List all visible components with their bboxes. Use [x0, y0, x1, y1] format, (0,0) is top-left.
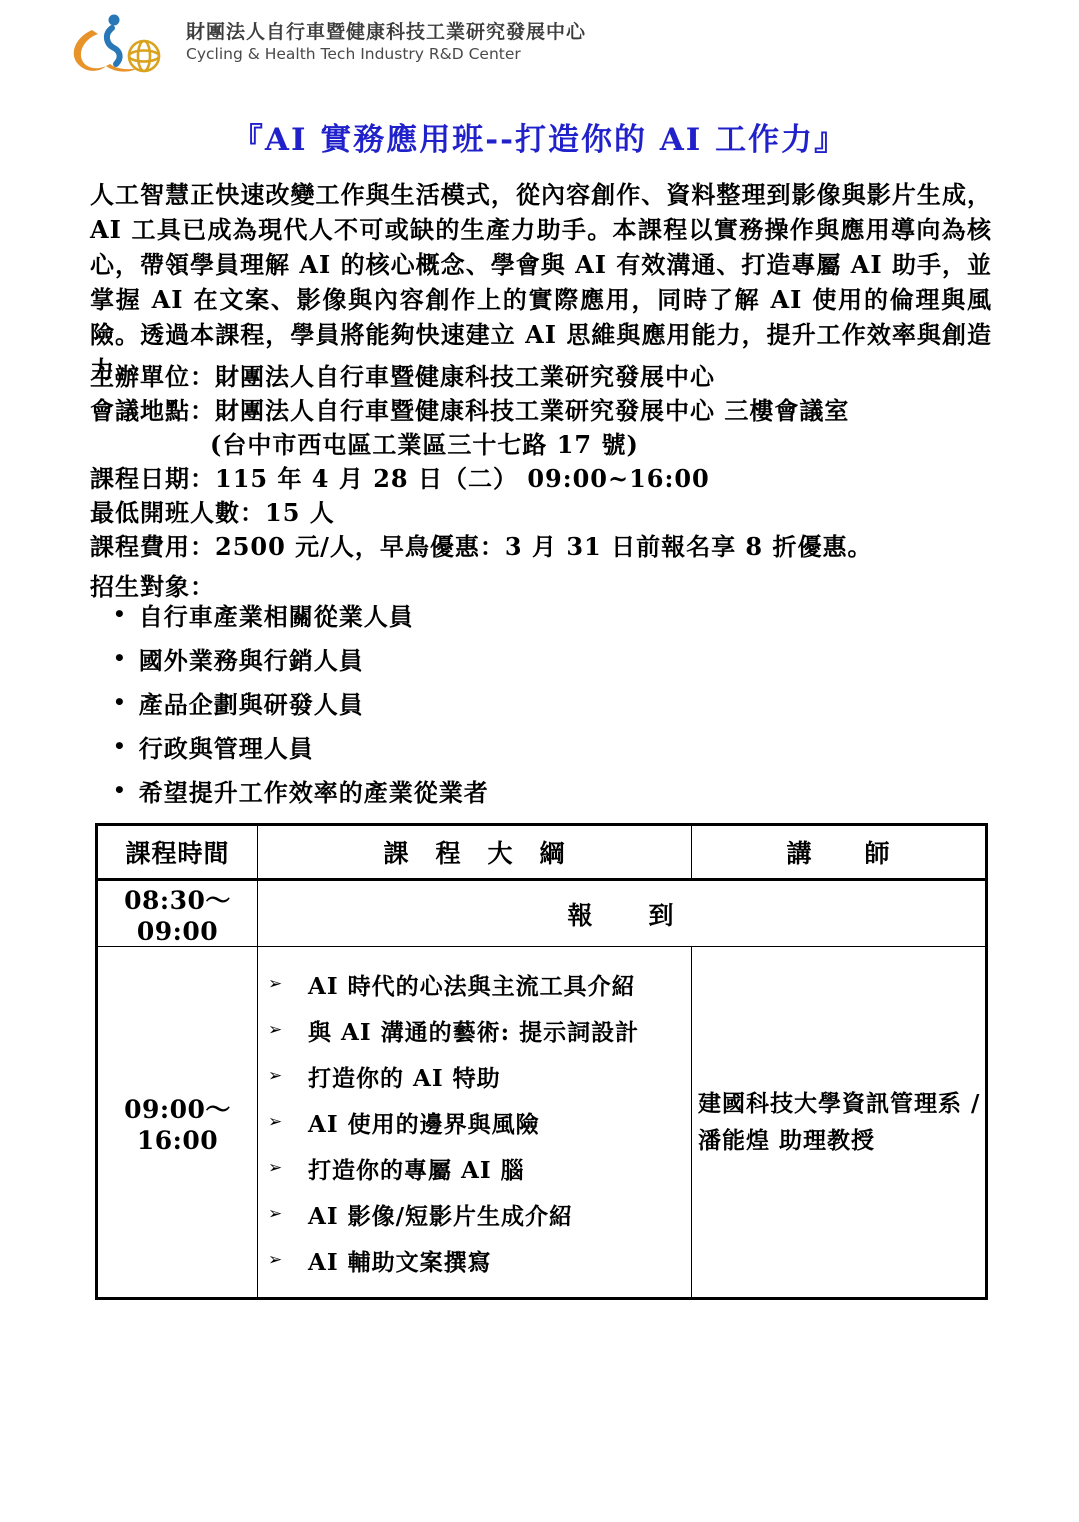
detail-venue-label: 會議地點： [90, 396, 215, 425]
list-item: •行政與管理人員 [113, 724, 489, 768]
topic-item: ➢AI 輔助文案撰寫 [268, 1237, 683, 1283]
detail-min-value: 15 人 [265, 498, 335, 527]
topic-item: ➢AI 時代的心法與主流工具介紹 [268, 961, 683, 1007]
org-names: 財團法人自行車暨健康科技工業研究發展中心 Cycling & Health Te… [186, 12, 586, 65]
column-header-instructor: 講 師 [692, 825, 987, 880]
list-item: •希望提升工作效率的產業從業者 [113, 768, 489, 812]
table-row: 09:00～16:00 ➢AI 時代的心法與主流工具介紹 ➢與 AI 溝通的藝術… [97, 947, 987, 1299]
topic-item: ➢與 AI 溝通的藝術: 提示詞設計 [268, 1007, 683, 1053]
detail-min-label: 最低開班人數： [90, 498, 265, 527]
course-time: 09:00～16:00 [97, 947, 258, 1299]
page-title: 『AI 實務應用班--打造你的 AI 工作力』 [0, 114, 1079, 159]
arrow-bullet-icon: ➢ [268, 1112, 308, 1132]
org-name-en: Cycling & Health Tech Industry R&D Cente… [186, 44, 586, 65]
dot-bullet-icon: • [113, 648, 127, 668]
detail-venue-address: (台中市西屯區工業區三十七路 17 號) [90, 428, 992, 462]
org-header: 財團法人自行車暨健康科技工業研究發展中心 Cycling & Health Te… [62, 12, 586, 76]
topic-text: AI 影像/短影片生成介紹 [308, 1198, 573, 1231]
topic-text: AI 輔助文案撰寫 [308, 1244, 492, 1277]
audience-item-text: 國外業務與行銷人員 [139, 641, 364, 676]
audience-item-text: 產品企劃與研發人員 [139, 685, 364, 720]
list-item: •產品企劃與研發人員 [113, 680, 489, 724]
detail-date: 課程日期：115 年 4 月 28 日（二） 09:00~16:00 [90, 462, 992, 496]
detail-venue: 會議地點：財團法人自行車暨健康科技工業研究發展中心 三樓會議室 [90, 394, 992, 428]
intro-paragraph: 人工智慧正快速改變工作與生活模式，從內容創作、資料整理到影像與影片生成，AI 工… [90, 177, 992, 387]
topic-item: ➢打造你的專屬 AI 腦 [268, 1145, 683, 1191]
column-header-time: 課程時間 [97, 825, 258, 880]
detail-date-value: 115 年 4 月 28 日（二） 09:00~16:00 [215, 464, 710, 493]
dot-bullet-icon: • [113, 604, 127, 624]
detail-fee-value: 2500 元/人，早鳥優惠：3 月 31 日前報名享 8 折優惠。 [215, 532, 873, 561]
list-item: •自行車產業相關從業人員 [113, 592, 489, 636]
arrow-bullet-icon: ➢ [268, 1066, 308, 1086]
cyclist-globe-logo-icon [62, 12, 174, 76]
detail-organizer-label: 主辦單位： [90, 362, 215, 391]
audience-item-text: 行政與管理人員 [139, 729, 314, 764]
detail-organizer-value: 財團法人自行車暨健康科技工業研究發展中心 [215, 362, 715, 391]
topic-text: 與 AI 溝通的藝術: 提示詞設計 [308, 1014, 639, 1047]
arrow-bullet-icon: ➢ [268, 1020, 308, 1040]
audience-item-text: 自行車產業相關從業人員 [139, 597, 414, 632]
org-name-zh: 財團法人自行車暨健康科技工業研究發展中心 [186, 20, 586, 44]
schedule-table: 課程時間 課 程 大 綱 講 師 08:30～09:00 報 到 09:00～1… [95, 823, 988, 1300]
topic-item: ➢AI 影像/短影片生成介紹 [268, 1191, 683, 1237]
column-header-outline: 課 程 大 綱 [258, 825, 692, 880]
topic-text: AI 時代的心法與主流工具介紹 [308, 968, 636, 1001]
arrow-bullet-icon: ➢ [268, 1250, 308, 1270]
checkin-label: 報 到 [258, 880, 987, 947]
detail-fee: 課程費用：2500 元/人，早鳥優惠：3 月 31 日前報名享 8 折優惠。 [90, 530, 992, 564]
topic-text: 打造你的專屬 AI 腦 [308, 1152, 525, 1185]
arrow-bullet-icon: ➢ [268, 974, 308, 994]
instructor-name: 潘能煌 助理教授 [698, 1122, 981, 1159]
detail-min-attendees: 最低開班人數：15 人 [90, 496, 992, 530]
dot-bullet-icon: • [113, 736, 127, 756]
arrow-bullet-icon: ➢ [268, 1158, 308, 1178]
detail-organizer: 主辦單位：財團法人自行車暨健康科技工業研究發展中心 [90, 360, 992, 394]
detail-venue-value: 財團法人自行車暨健康科技工業研究發展中心 三樓會議室 [215, 396, 849, 425]
instructor-cell: 建國科技大學資訊管理系 / 潘能煌 助理教授 [692, 947, 987, 1299]
list-item: •國外業務與行銷人員 [113, 636, 489, 680]
instructor-affiliation: 建國科技大學資訊管理系 / [698, 1085, 981, 1122]
course-details: 主辦單位：財團法人自行車暨健康科技工業研究發展中心 會議地點：財團法人自行車暨健… [90, 360, 992, 604]
checkin-time: 08:30～09:00 [97, 880, 258, 947]
dot-bullet-icon: • [113, 780, 127, 800]
audience-list: •自行車產業相關從業人員 •國外業務與行銷人員 •產品企劃與研發人員 •行政與管… [113, 592, 489, 812]
topic-item: ➢打造你的 AI 特助 [268, 1053, 683, 1099]
course-outline-cell: ➢AI 時代的心法與主流工具介紹 ➢與 AI 溝通的藝術: 提示詞設計 ➢打造你… [258, 947, 692, 1299]
audience-item-text: 希望提升工作效率的產業從業者 [139, 773, 489, 808]
dot-bullet-icon: • [113, 692, 127, 712]
topic-text: 打造你的 AI 特助 [308, 1060, 501, 1093]
table-header-row: 課程時間 課 程 大 綱 講 師 [97, 825, 987, 880]
document-page: 財團法人自行車暨健康科技工業研究發展中心 Cycling & Health Te… [0, 0, 1079, 1522]
table-row: 08:30～09:00 報 到 [97, 880, 987, 947]
arrow-bullet-icon: ➢ [268, 1204, 308, 1224]
detail-fee-label: 課程費用： [90, 532, 215, 561]
topic-item: ➢AI 使用的邊界與風險 [268, 1099, 683, 1145]
detail-date-label: 課程日期： [90, 464, 215, 493]
topic-text: AI 使用的邊界與風險 [308, 1106, 540, 1139]
